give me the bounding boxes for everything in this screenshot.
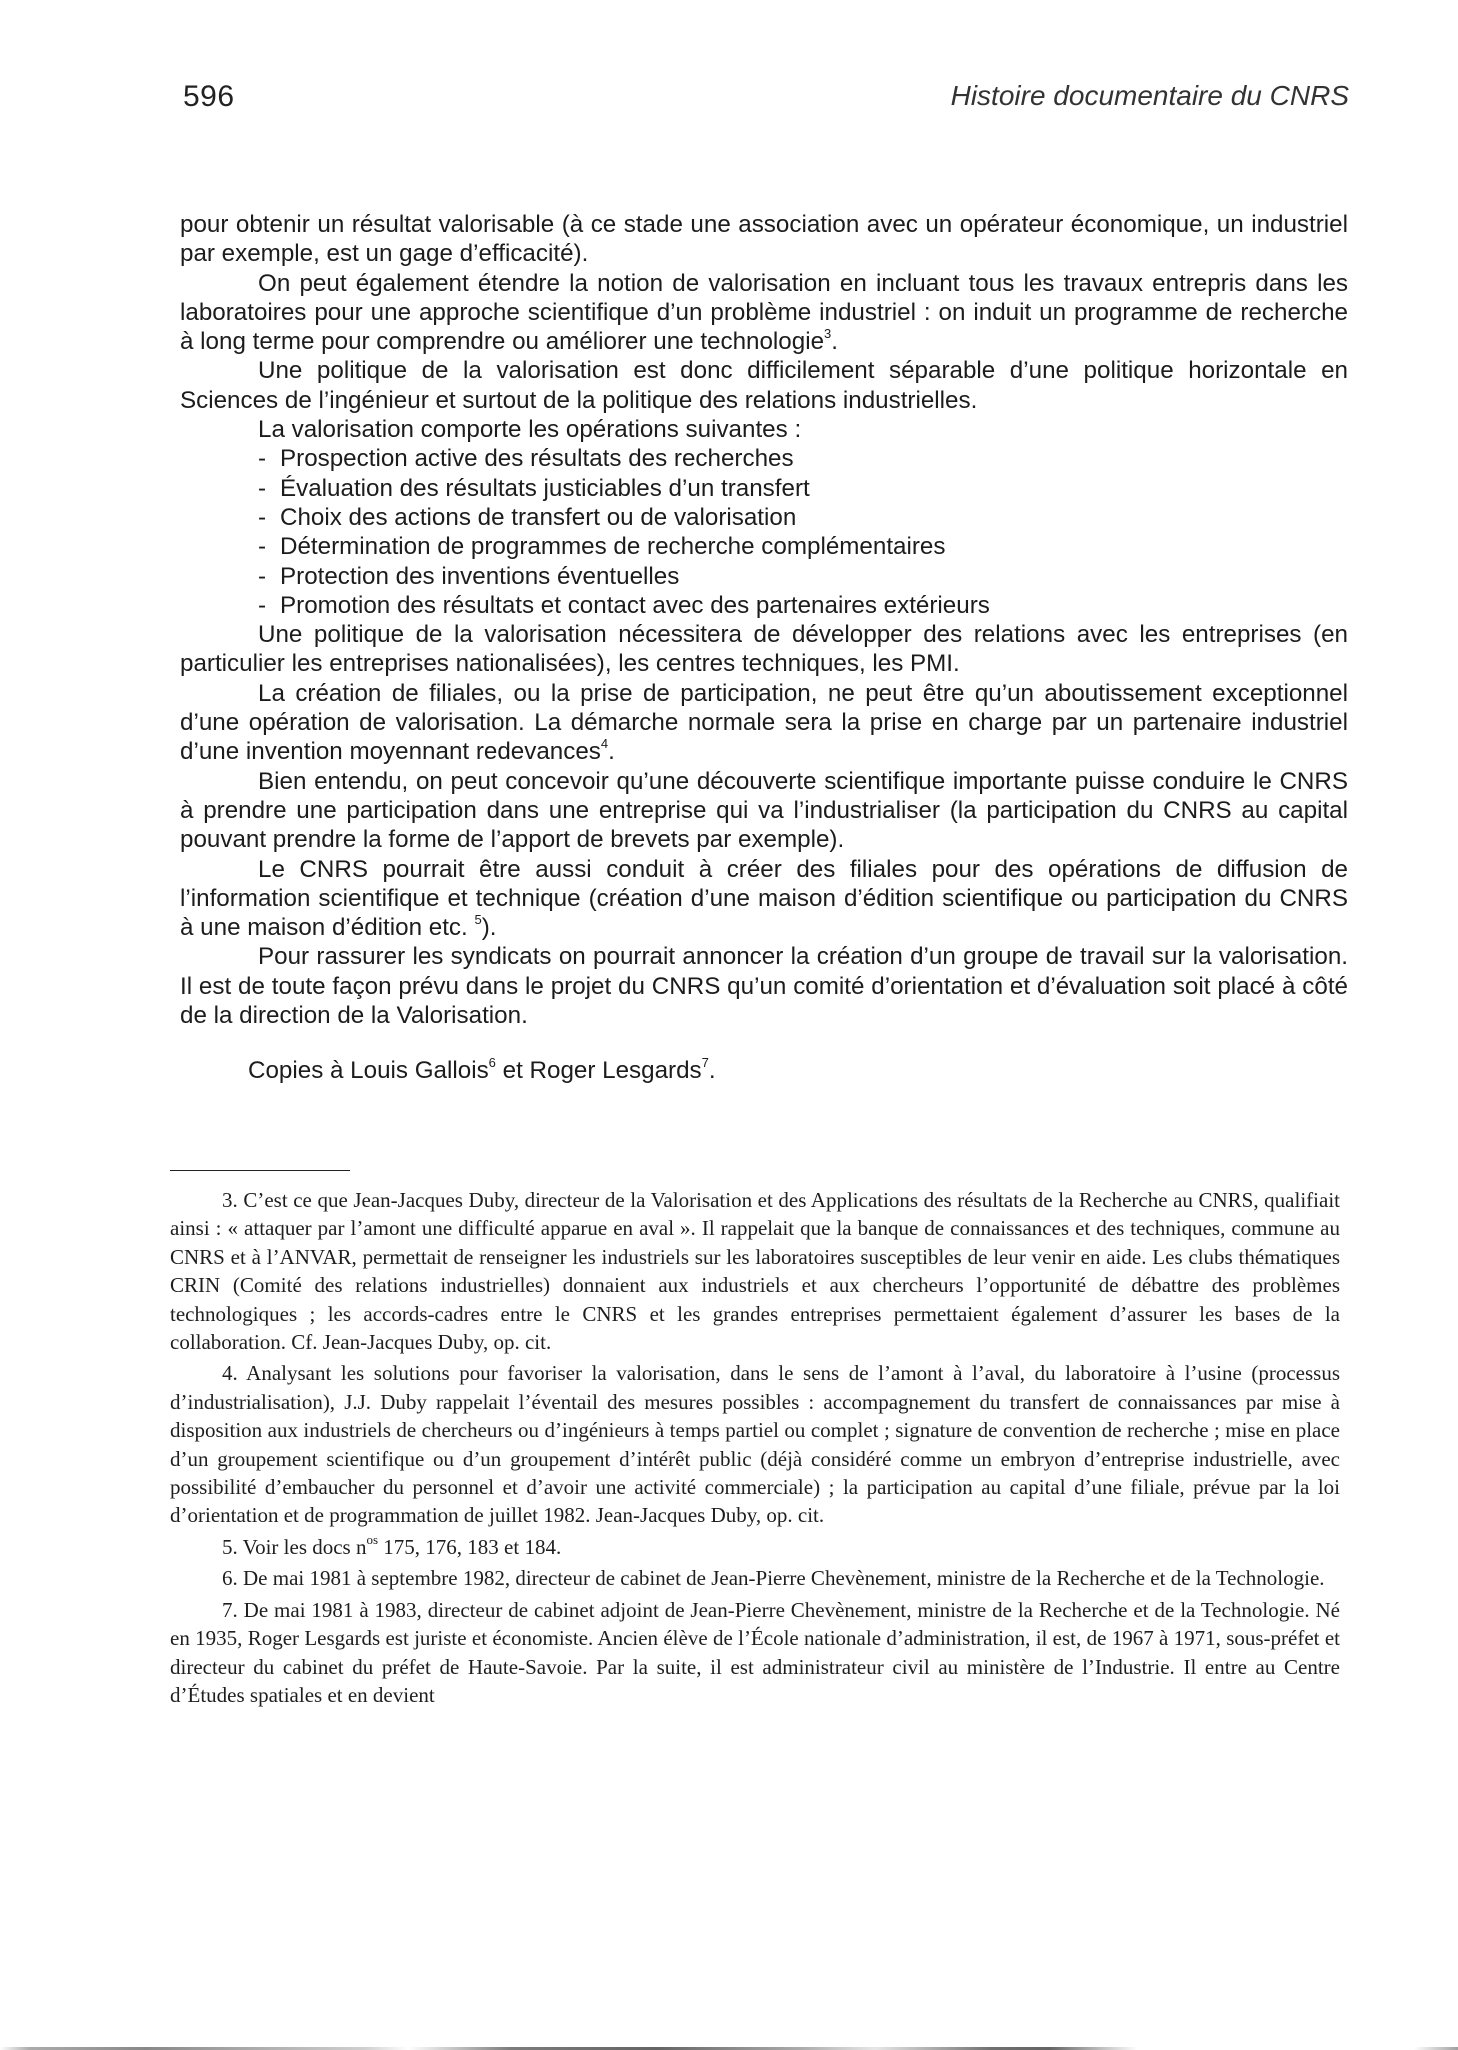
- paragraph: Une politique de la valorisation nécessi…: [180, 620, 1348, 679]
- footnote-6: 6. De mai 1981 à septembre 1982, directe…: [170, 1564, 1340, 1592]
- footnote-3: 3. C’est ce que Jean-Jacques Duby, direc…: [170, 1186, 1340, 1356]
- list-item-text: Choix des actions de transfert ou de val…: [280, 504, 796, 531]
- footnote-text: Voir les docs n: [243, 1535, 367, 1559]
- paragraph: Pour rassurer les syndicats on pourrait …: [180, 942, 1348, 1030]
- footnote-text: De mai 1981 à 1983, directeur de cabinet…: [170, 1598, 1340, 1707]
- copies-line: Copies à Louis Gallois6 et Roger Lesgard…: [180, 1056, 1348, 1085]
- footnote-divider: [170, 1170, 350, 1171]
- footnote-5: 5. Voir les docs nos 175, 176, 183 et 18…: [170, 1533, 1340, 1561]
- footnote-ref-3[interactable]: 3: [824, 326, 831, 341]
- dash-bullet: -: [258, 503, 280, 532]
- abbreviation-superscript: os: [366, 1532, 378, 1547]
- list-item: -Prospection active des résultats des re…: [258, 444, 1348, 473]
- dash-bullet: -: [258, 444, 280, 473]
- list-item: -Détermination de programmes de recherch…: [258, 532, 1348, 561]
- paragraph: La création de filiales, ou la prise de …: [180, 679, 1348, 767]
- punctuation: .: [831, 328, 838, 355]
- dash-bullet: -: [258, 532, 280, 561]
- list-item: -Protection des inventions éventuelles: [258, 562, 1348, 591]
- footnote-ref-4[interactable]: 4: [601, 736, 608, 751]
- book-title: Histoire documentaire du CNRS: [951, 80, 1349, 112]
- footnote-text: Analysant les solutions pour favoriser l…: [170, 1361, 1340, 1527]
- copies-text: Copies à Louis Gallois: [248, 1057, 489, 1084]
- paragraph: On peut également étendre la notion de v…: [180, 269, 1348, 357]
- footnote-text: 175, 176, 183 et 184.: [378, 1535, 561, 1559]
- copies-text: et Roger Lesgards: [496, 1057, 702, 1084]
- dash-bullet: -: [258, 591, 280, 620]
- footnote-ref-5[interactable]: 5: [474, 912, 481, 927]
- footnote-number: 4.: [222, 1361, 238, 1385]
- dash-bullet: -: [258, 562, 280, 591]
- page-number: 596: [183, 80, 235, 114]
- main-text: pour obtenir un résultat valorisable (à …: [180, 210, 1348, 1086]
- footnote-text: C’est ce que Jean-Jacques Duby, directeu…: [170, 1188, 1340, 1354]
- paragraph: Le CNRS pourrait être aussi conduit à cr…: [180, 855, 1348, 943]
- list-item: -Évaluation des résultats justiciables d…: [258, 474, 1348, 503]
- operations-list: -Prospection active des résultats des re…: [180, 444, 1348, 620]
- paragraph: pour obtenir un résultat valorisable (à …: [180, 210, 1348, 269]
- punctuation: ).: [482, 914, 497, 941]
- footnote-ref-6[interactable]: 6: [489, 1055, 496, 1070]
- footnote-number: 3.: [222, 1188, 238, 1212]
- footnote-number: 5.: [222, 1535, 238, 1559]
- list-intro: La valorisation comporte les opérations …: [180, 415, 1348, 444]
- footnote-ref-7[interactable]: 7: [702, 1055, 709, 1070]
- list-item: -Promotion des résultats et contact avec…: [258, 591, 1348, 620]
- punctuation: .: [709, 1057, 716, 1084]
- list-item-text: Évaluation des résultats justiciables d’…: [280, 475, 810, 502]
- footnote-text: De mai 1981 à septembre 1982, directeur …: [243, 1566, 1325, 1590]
- running-header: 596 Histoire documentaire du CNRS: [183, 80, 1349, 120]
- paragraph-text: Le CNRS pourrait être aussi conduit à cr…: [180, 856, 1348, 942]
- list-item-text: Protection des inventions éventuelles: [280, 563, 679, 590]
- list-item: -Choix des actions de transfert ou de va…: [258, 503, 1348, 532]
- footnote-number: 6.: [222, 1566, 238, 1590]
- punctuation: .: [608, 738, 615, 765]
- paragraph-text: On peut également étendre la notion de v…: [180, 270, 1348, 356]
- paragraph: Une politique de la valorisation est don…: [180, 356, 1348, 415]
- paragraph-text: La création de filiales, ou la prise de …: [180, 680, 1348, 766]
- dash-bullet: -: [258, 474, 280, 503]
- footnote-4: 4. Analysant les solutions pour favorise…: [170, 1359, 1340, 1529]
- list-item-text: Détermination de programmes de recherche…: [280, 533, 945, 560]
- list-item-text: Prospection active des résultats des rec…: [280, 445, 794, 472]
- paragraph: Bien entendu, on peut concevoir qu’une d…: [180, 767, 1348, 855]
- document-page: 596 Histoire documentaire du CNRS pour o…: [0, 0, 1458, 2050]
- footnote-7: 7. De mai 1981 à 1983, directeur de cabi…: [170, 1596, 1340, 1710]
- list-item-text: Promotion des résultats et contact avec …: [280, 592, 990, 619]
- footnotes-section: 3. C’est ce que Jean-Jacques Duby, direc…: [170, 1186, 1340, 1712]
- footnote-number: 7.: [222, 1598, 238, 1622]
